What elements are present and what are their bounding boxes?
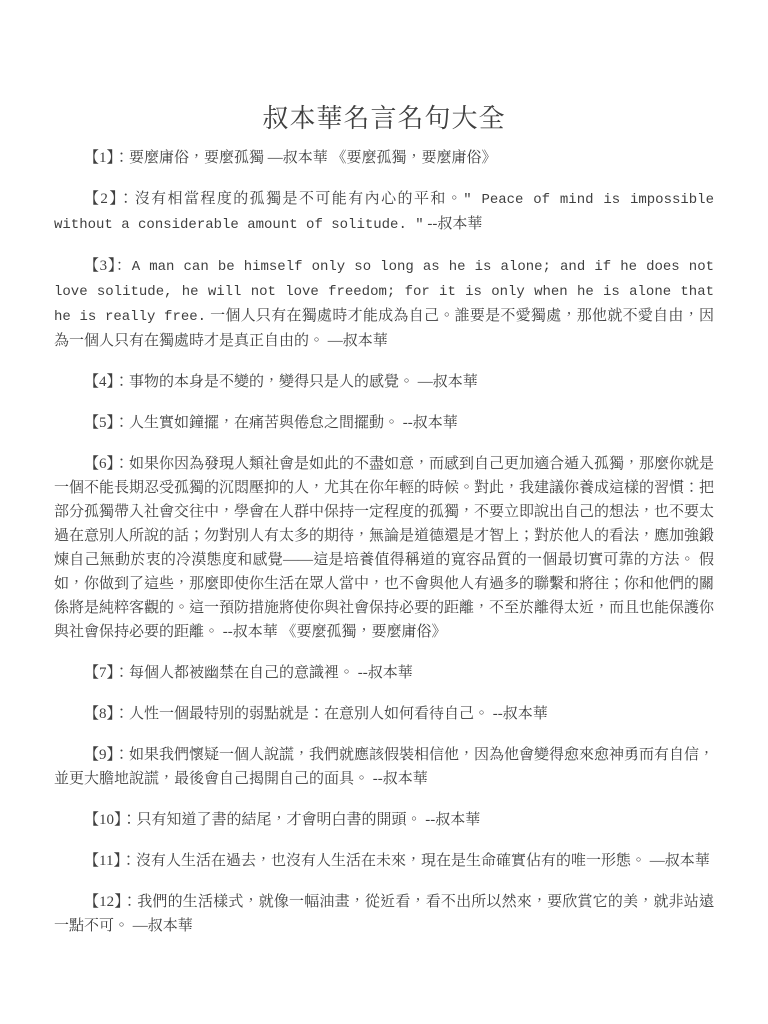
quote-text: 【11】：沒有人生活在過去，也沒有人生活在未來，現在是生命確實佔有的唯一形態。 … xyxy=(84,853,710,869)
quote-item-3: 【3】：A man can be himself only so long as… xyxy=(54,254,714,353)
quote-text: 【9】：如果我們懷疑一個人說謊，我們就應該假裝相信他，因為他會變得愈來愈神勇而有… xyxy=(54,747,714,787)
quote-text: 【12】：我們的生活樣式，就像一幅油畫，從近看，看不出所以然來，要欣賞它的美，就… xyxy=(54,894,714,934)
quote-item-8: 【8】：人性一個最特別的弱點就是：在意別人如何看待自己。 --叔本華 xyxy=(54,702,714,726)
quote-item-2: 【2】：沒有相當程度的孤獨是不可能有內心的平和。" Peace of mind … xyxy=(54,187,714,237)
quote-item-7: 【7】：每個人都被幽禁在自己的意識裡。 --叔本華 xyxy=(54,661,714,685)
quote-attribution: --叔本華 xyxy=(424,216,483,232)
quote-text: 【5】：人生實如鐘擺，在痛苦與倦怠之間擺動。 --叔本華 xyxy=(84,415,458,431)
quote-text: 【3】： xyxy=(84,258,132,274)
quote-item-1: 【1】：要麼庸俗，要麼孤獨 —叔本華 《要麼孤獨，要麼庸俗》 xyxy=(54,146,714,170)
quote-item-6: 【6】：如果你因為發現人類社會是如此的不盡如意，而感到自己更加適合遁入孤獨，那麼… xyxy=(54,452,714,644)
quote-text: 【7】：每個人都被幽禁在自己的意識裡。 --叔本華 xyxy=(84,665,413,681)
quote-text: 【2】：沒有相當程度的孤獨是不可能有內心的平和。 xyxy=(84,191,463,207)
document-page: 叔本華名言名句大全 【1】：要麼庸俗，要麼孤獨 —叔本華 《要麼孤獨，要麼庸俗》… xyxy=(0,0,768,1024)
quote-item-4: 【4】：事物的本身是不變的，變得只是人的感覺。 —叔本華 xyxy=(54,370,714,394)
quote-item-12: 【12】：我們的生活樣式，就像一幅油畫，從近看，看不出所以然來，要欣賞它的美，就… xyxy=(54,890,714,938)
quote-item-5: 【5】：人生實如鐘擺，在痛苦與倦怠之間擺動。 --叔本華 xyxy=(54,411,714,435)
quote-text: 【8】：人性一個最特別的弱點就是：在意別人如何看待自己。 --叔本華 xyxy=(84,706,548,722)
quote-text: 【6】：如果你因為發現人類社會是如此的不盡如意，而感到自己更加適合遁入孤獨，那麼… xyxy=(54,456,714,640)
quote-item-11: 【11】：沒有人生活在過去，也沒有人生活在未來，現在是生命確實佔有的唯一形態。 … xyxy=(54,849,714,873)
page-title: 叔本華名言名句大全 xyxy=(54,101,714,137)
quote-item-9: 【9】：如果我們懷疑一個人說謊，我們就應該假裝相信他，因為他會變得愈來愈神勇而有… xyxy=(54,743,714,791)
quote-text: 【1】：要麼庸俗，要麼孤獨 —叔本華 《要麼孤獨，要麼庸俗》 xyxy=(84,150,497,166)
quote-text: 【10】：只有知道了書的結尾，才會明白書的開頭。 --叔本華 xyxy=(84,812,480,828)
quote-item-10: 【10】：只有知道了書的結尾，才會明白書的開頭。 --叔本華 xyxy=(54,808,714,832)
quote-text: 【4】：事物的本身是不變的，變得只是人的感覺。 —叔本華 xyxy=(84,374,478,390)
